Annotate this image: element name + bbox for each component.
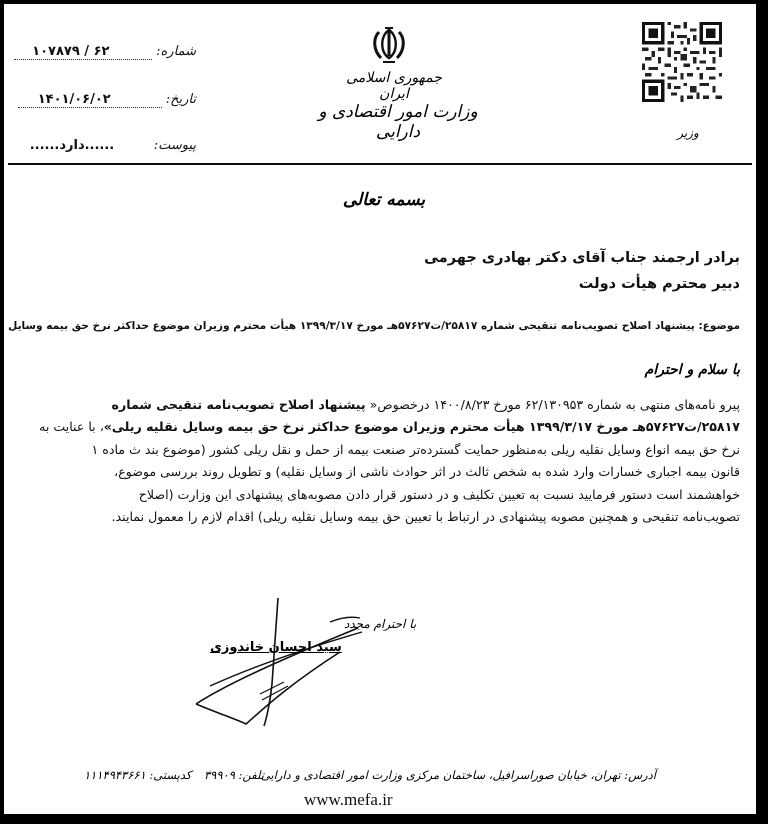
letter-meta: شماره: ۶۲ / ۱۰۷۸۷۹ تاریخ: ۱۴۰۱/۰۶/۰۲ پیو… [34,32,196,172]
letter-page: شماره: ۶۲ / ۱۰۷۸۷۹ تاریخ: ۱۴۰۱/۰۶/۰۲ پیو… [4,4,756,814]
body-line: خواهشمند است دستور فرمایید نسبت به تعیین… [40,484,740,506]
letter-attachment-label: پیوست: [154,138,196,153]
letter-number-label: شماره: [156,44,196,59]
footer-postal-code: کدپستی: ۱۱۱۴۹۴۳۶۶۱ [84,768,191,782]
letter-date-value: ۱۴۰۱/۰۶/۰۲ [18,92,162,108]
header-divider [8,163,752,165]
subject-line: موضوع: پیشنهاد اصلاح تصویب‌نامه تنقیحی ش… [4,320,740,332]
qr-code-icon [642,22,722,102]
bismillah-heading: بسمه تعالی [324,190,444,210]
footer-website-link[interactable]: www.mefa.ir [304,790,393,810]
signer-name: سید احسان خاندوزی [210,640,342,655]
body-line: نرخ حق بیمه انواع وسایل نقلیه ریلی به‌من… [40,439,740,461]
signature-icon [190,594,370,734]
iran-emblem-icon [369,26,409,66]
letter-body: پیرو نامه‌های منتهی به شماره ۶۲/۱۳۰۹۵۳ م… [40,394,740,528]
closing-phrase: با احترام مجدد [344,617,416,631]
letter-number-row: شماره: ۶۲ / ۱۰۷۸۷۹ [14,44,196,60]
body-line: قانون بیمه اجباری خسارات وارد شده به شخص… [40,461,740,483]
minister-label: وزیر [668,126,708,140]
letter-date-label: تاریخ: [166,92,196,107]
greeting: با سلام و احترام [645,362,740,378]
letter-date-row: تاریخ: ۱۴۰۱/۰۶/۰۲ [18,92,196,108]
letter-number-value: ۶۲ / ۱۰۷۸۷۹ [14,44,152,60]
country-name: جمهوری اسلامی ایران [334,70,454,102]
body-line: تصویب‌نامه تنقیحی و همچنین مصوبه پیشنهاد… [40,506,740,528]
letter-attachment-row: پیوست: ......دارد...... [30,138,196,153]
footer-phone: تلفن: ۳۹۹۰۹ [204,768,264,782]
letter-attachment-value: ......دارد...... [30,138,150,153]
ministry-name: وزارت امور اقتصادی و دارایی [300,102,496,142]
footer-address: آدرس: تهران، خیابان صوراسرافیل، ساختمان … [268,768,656,782]
recipient-line-1: برادر ارجمند جناب آقای دکتر بهادری جهرمی [424,250,740,266]
recipient-line-2: دبیر محترم هیأت دولت [579,276,740,292]
body-line: پیرو نامه‌های منتهی به شماره ۶۲/۱۳۰۹۵۳ م… [40,394,740,416]
body-line: ۲۵۸۱۷/ت۵۷۶۲۷هـ مورخ ۱۳۹۹/۳/۱۷ هیأت محترم… [40,416,740,438]
